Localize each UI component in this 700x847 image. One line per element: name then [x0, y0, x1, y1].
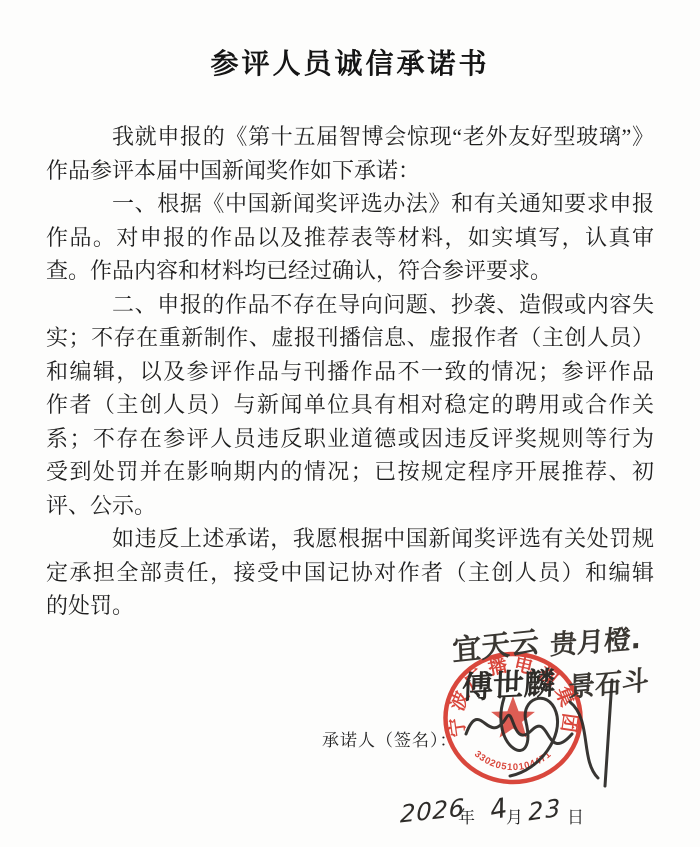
- body-line: 作者（主创人员）与新闻单位具有相对稳定的聘用或合作关: [46, 388, 654, 422]
- body-line: 作品。对申报的作品以及推荐表等材料，如实填写，认真审: [46, 221, 654, 255]
- body-line: 和编辑，以及参评作品与刊播作品不一致的情况；参评作品: [46, 355, 654, 389]
- body-line: 如违反上述承诺，我愿根据中国新闻奖评选有关处罚规: [46, 522, 654, 556]
- body-line: 系；不存在参评人员违反职业道德或因违反评奖规则等行为: [46, 422, 654, 456]
- body-line: 实；不存在重新制作、虚报刊播信息、虚报作者（主创人员）: [46, 321, 654, 355]
- scanned-document-page: 参评人员诚信承诺书 我就申报的《第十五届智博会惊现“老外友好型玻璃”》 作品参评…: [0, 0, 700, 847]
- document-title: 参评人员诚信承诺书: [0, 42, 700, 82]
- body-line: 一、根据《中国新闻奖评选办法》和有关通知要求申报: [46, 187, 654, 221]
- body-line: 受到处罚并在影响期内的情况；已按规定程序开展推荐、初: [46, 455, 654, 489]
- body-line: 作品参评本届中国新闻奖作如下承诺：: [46, 154, 654, 188]
- body-line: 查。作品内容和材料均已经过确认，符合参评要求。: [46, 254, 654, 288]
- body-line: 我就申报的《第十五届智博会惊现“老外友好型玻璃”》: [46, 120, 654, 154]
- date-month-label: 月: [506, 803, 523, 828]
- date-day-handwritten: 23: [528, 794, 563, 827]
- body-line: 二、申报的作品不存在导向问题、抄袭、造假或内容失: [46, 288, 654, 322]
- signature-flourish: [452, 676, 632, 796]
- body-line: 定承担全部责任，接受中国记协对作者（主创人员）和编辑: [46, 556, 654, 590]
- date-day-label: 日: [567, 803, 584, 828]
- document-body: 我就申报的《第十五届智博会惊现“老外友好型玻璃”》 作品参评本届中国新闻奖作如下…: [46, 120, 654, 623]
- date-year-handwritten: 2026: [400, 793, 466, 828]
- handwritten-signature-2: 贵月橙.: [549, 617, 641, 663]
- signer-label: 承诺人（签名）：: [322, 726, 458, 751]
- body-line: 评、公示。: [46, 489, 654, 523]
- date-year-label: 年: [458, 803, 475, 828]
- body-line: 的处罚。: [46, 589, 654, 623]
